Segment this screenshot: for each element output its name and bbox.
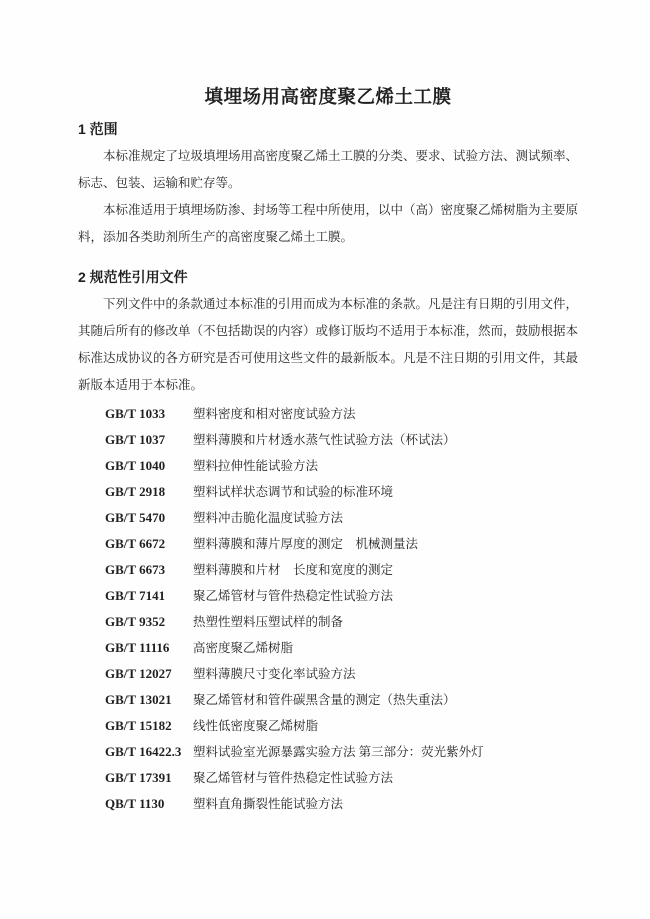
reference-code: GB/T 9352: [105, 609, 193, 635]
reference-code: GB/T 15182: [105, 713, 193, 739]
reference-title: 塑料薄膜和片材 长度和宽度的测定: [193, 557, 578, 583]
reference-item: GB/T 1037 塑料薄膜和片材透水蒸气性试验方法（杯试法）: [105, 427, 578, 453]
document-title: 填埋场用高密度聚乙烯土工膜: [78, 85, 578, 109]
reference-code: GB/T 1033: [105, 401, 193, 427]
reference-code: QB/T 1130: [105, 791, 193, 817]
reference-code: GB/T 11116: [105, 635, 193, 661]
reference-title: 塑料密度和相对密度试验方法: [193, 401, 578, 427]
reference-code: GB/T 7141: [105, 583, 193, 609]
section-1-paragraph-1: 本标准规定了垃圾填埋场用高密度聚乙烯土工膜的分类、要求、试验方法、测试频率、标志…: [78, 143, 578, 197]
reference-item: GB/T 15182 线性低密度聚乙烯树脂: [105, 713, 578, 739]
reference-item: GB/T 6673 塑料薄膜和片材 长度和宽度的测定: [105, 557, 578, 583]
reference-item: GB/T 1040 塑料拉伸性能试验方法: [105, 453, 578, 479]
reference-title: 高密度聚乙烯树脂: [193, 635, 578, 661]
reference-code: GB/T 2918: [105, 479, 193, 505]
reference-item: GB/T 6672 塑料薄膜和薄片厚度的测定 机械测量法: [105, 531, 578, 557]
section-2-intro-paragraph: 下列文件中的条款通过本标准的引用而成为本标准的条款。凡是注有日期的引用文件，其随…: [78, 291, 578, 399]
reference-item: GB/T 2918 塑料试样状态调节和试验的标准环境: [105, 479, 578, 505]
section-2-heading: 2 规范性引用文件: [78, 267, 578, 287]
reference-item: GB/T 16422.3 塑料试验室光源暴露实验方法 第三部分：荧光紫外灯: [105, 739, 578, 765]
reference-item: GB/T 7141 聚乙烯管材与管件热稳定性试验方法: [105, 583, 578, 609]
reference-title: 塑料薄膜和片材透水蒸气性试验方法（杯试法）: [193, 427, 578, 453]
reference-code: GB/T 1037: [105, 427, 193, 453]
reference-item: GB/T 13021 聚乙烯管材和管件碳黑含量的测定（热失重法）: [105, 687, 578, 713]
reference-title: 热塑性塑料压塑试样的制备: [193, 609, 578, 635]
reference-title: 塑料试验室光源暴露实验方法 第三部分：荧光紫外灯: [193, 739, 578, 765]
reference-title: 塑料薄膜和薄片厚度的测定 机械测量法: [193, 531, 578, 557]
section-1-paragraph-2: 本标准适用于填埋场防渗、封场等工程中所使用，以中（高）密度聚乙烯树脂为主要原料，…: [78, 197, 578, 251]
reference-title: 线性低密度聚乙烯树脂: [193, 713, 578, 739]
reference-title: 塑料薄膜尺寸变化率试验方法: [193, 661, 578, 687]
document-content: 填埋场用高密度聚乙烯土工膜 1 范围 本标准规定了垃圾填埋场用高密度聚乙烯土工膜…: [78, 85, 578, 817]
reference-item: GB/T 1033 塑料密度和相对密度试验方法: [105, 401, 578, 427]
reference-code: GB/T 5470: [105, 505, 193, 531]
reference-item: GB/T 11116 高密度聚乙烯树脂: [105, 635, 578, 661]
reference-item: GB/T 5470 塑料冲击脆化温度试验方法: [105, 505, 578, 531]
reference-item: GB/T 9352 热塑性塑料压塑试样的制备: [105, 609, 578, 635]
reference-code: GB/T 6672: [105, 531, 193, 557]
reference-code: GB/T 16422.3: [105, 739, 193, 765]
reference-title: 塑料拉伸性能试验方法: [193, 453, 578, 479]
reference-code: GB/T 6673: [105, 557, 193, 583]
normative-references-list: GB/T 1033 塑料密度和相对密度试验方法 GB/T 1037 塑料薄膜和片…: [78, 401, 578, 817]
reference-item: QB/T 1130 塑料直角撕裂性能试验方法: [105, 791, 578, 817]
reference-code: GB/T 1040: [105, 453, 193, 479]
reference-title: 聚乙烯管材与管件热稳定性试验方法: [193, 765, 578, 791]
reference-code: GB/T 17391: [105, 765, 193, 791]
reference-title: 聚乙烯管材与管件热稳定性试验方法: [193, 583, 578, 609]
reference-title: 塑料试样状态调节和试验的标准环境: [193, 479, 578, 505]
reference-code: GB/T 12027: [105, 661, 193, 687]
reference-item: GB/T 17391 聚乙烯管材与管件热稳定性试验方法: [105, 765, 578, 791]
section-1-heading: 1 范围: [78, 119, 578, 139]
reference-title: 塑料直角撕裂性能试验方法: [193, 791, 578, 817]
reference-title: 聚乙烯管材和管件碳黑含量的测定（热失重法）: [193, 687, 578, 713]
reference-title: 塑料冲击脆化温度试验方法: [193, 505, 578, 531]
reference-item: GB/T 12027 塑料薄膜尺寸变化率试验方法: [105, 661, 578, 687]
reference-code: GB/T 13021: [105, 687, 193, 713]
document-page: 填埋场用高密度聚乙烯土工膜 1 范围 本标准规定了垃圾填埋场用高密度聚乙烯土工膜…: [0, 0, 650, 919]
